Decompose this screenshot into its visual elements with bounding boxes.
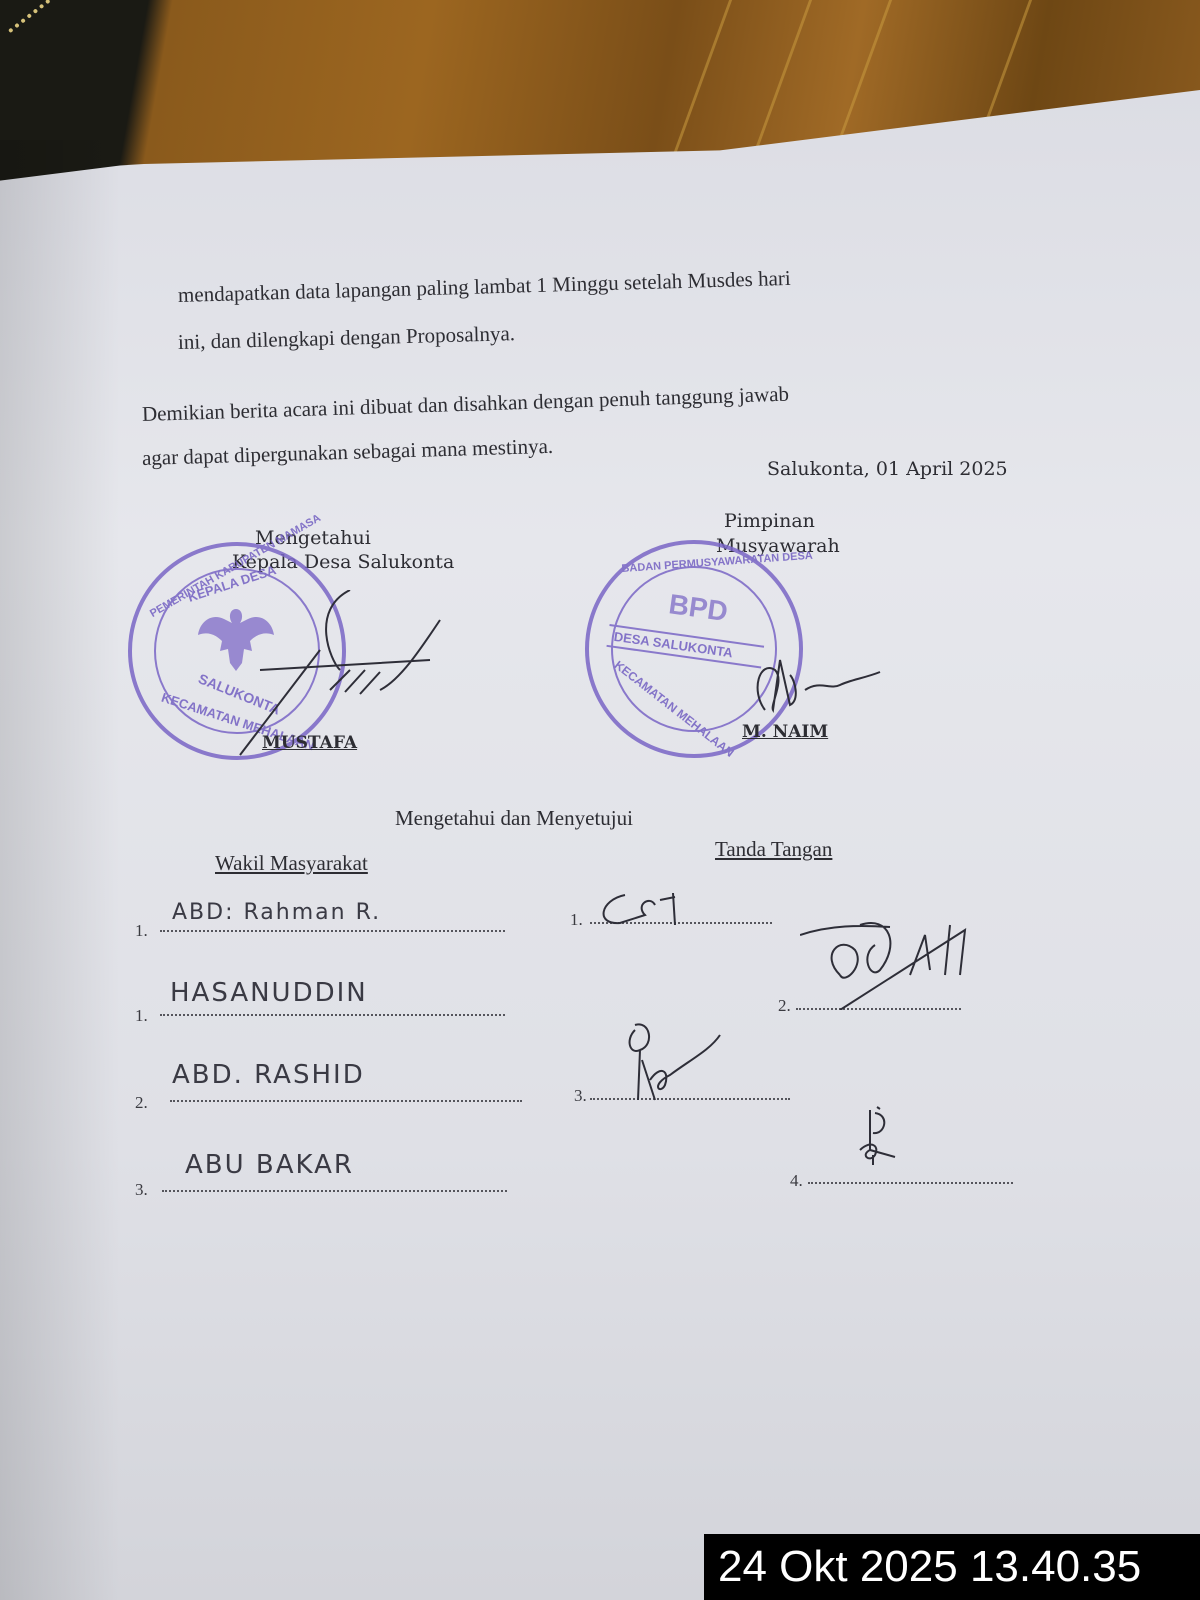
cloth-fold [751,0,812,160]
cloth-fold [671,0,732,160]
paper-sheet [0,90,1200,1600]
row-number: 2. [135,1093,148,1113]
signature-2 [800,915,990,1010]
name-line [170,1100,522,1102]
col-header-signature: Tanda Tangan [715,837,832,862]
name-line [162,1190,507,1192]
representative-name: ABD: Rahman R. [172,900,381,925]
approval-title: Mengetahui dan Menyetujui [395,806,633,831]
representative-name: ABD. RASHID [172,1060,365,1090]
signature-number: 2. [778,996,791,1016]
signature-4 [855,1105,915,1170]
name-line [160,1014,505,1016]
place-date: Salukonta, 01 April 2025 [767,458,1008,480]
representative-name: HASANUDDIN [170,978,368,1008]
right-signatory-name: M. NAIM [742,722,828,742]
signature-number: 1. [570,910,583,930]
representative-name: ABU BAKAR [185,1150,354,1180]
row-number: 1. [135,1006,148,1026]
row-number: 3. [135,1180,148,1200]
signature-3 [620,1020,750,1105]
right-heading: Pimpinan [724,510,815,532]
signature-number: 4. [790,1171,803,1191]
row-number: 1. [135,921,148,941]
bpd-chair-signature [745,650,895,720]
col-header-representative: Wakil Masyarakat [215,851,368,876]
paper-shadow [0,140,120,1600]
left-signatory-name: MUSTAFA [262,733,357,753]
cloth-trim [8,0,88,41]
photo-timestamp: 24 Okt 2025 13.40.35 [704,1534,1200,1600]
name-line [160,930,505,932]
signature-line [808,1182,1013,1184]
signature-1 [595,885,715,930]
signature-number: 3. [574,1086,587,1106]
